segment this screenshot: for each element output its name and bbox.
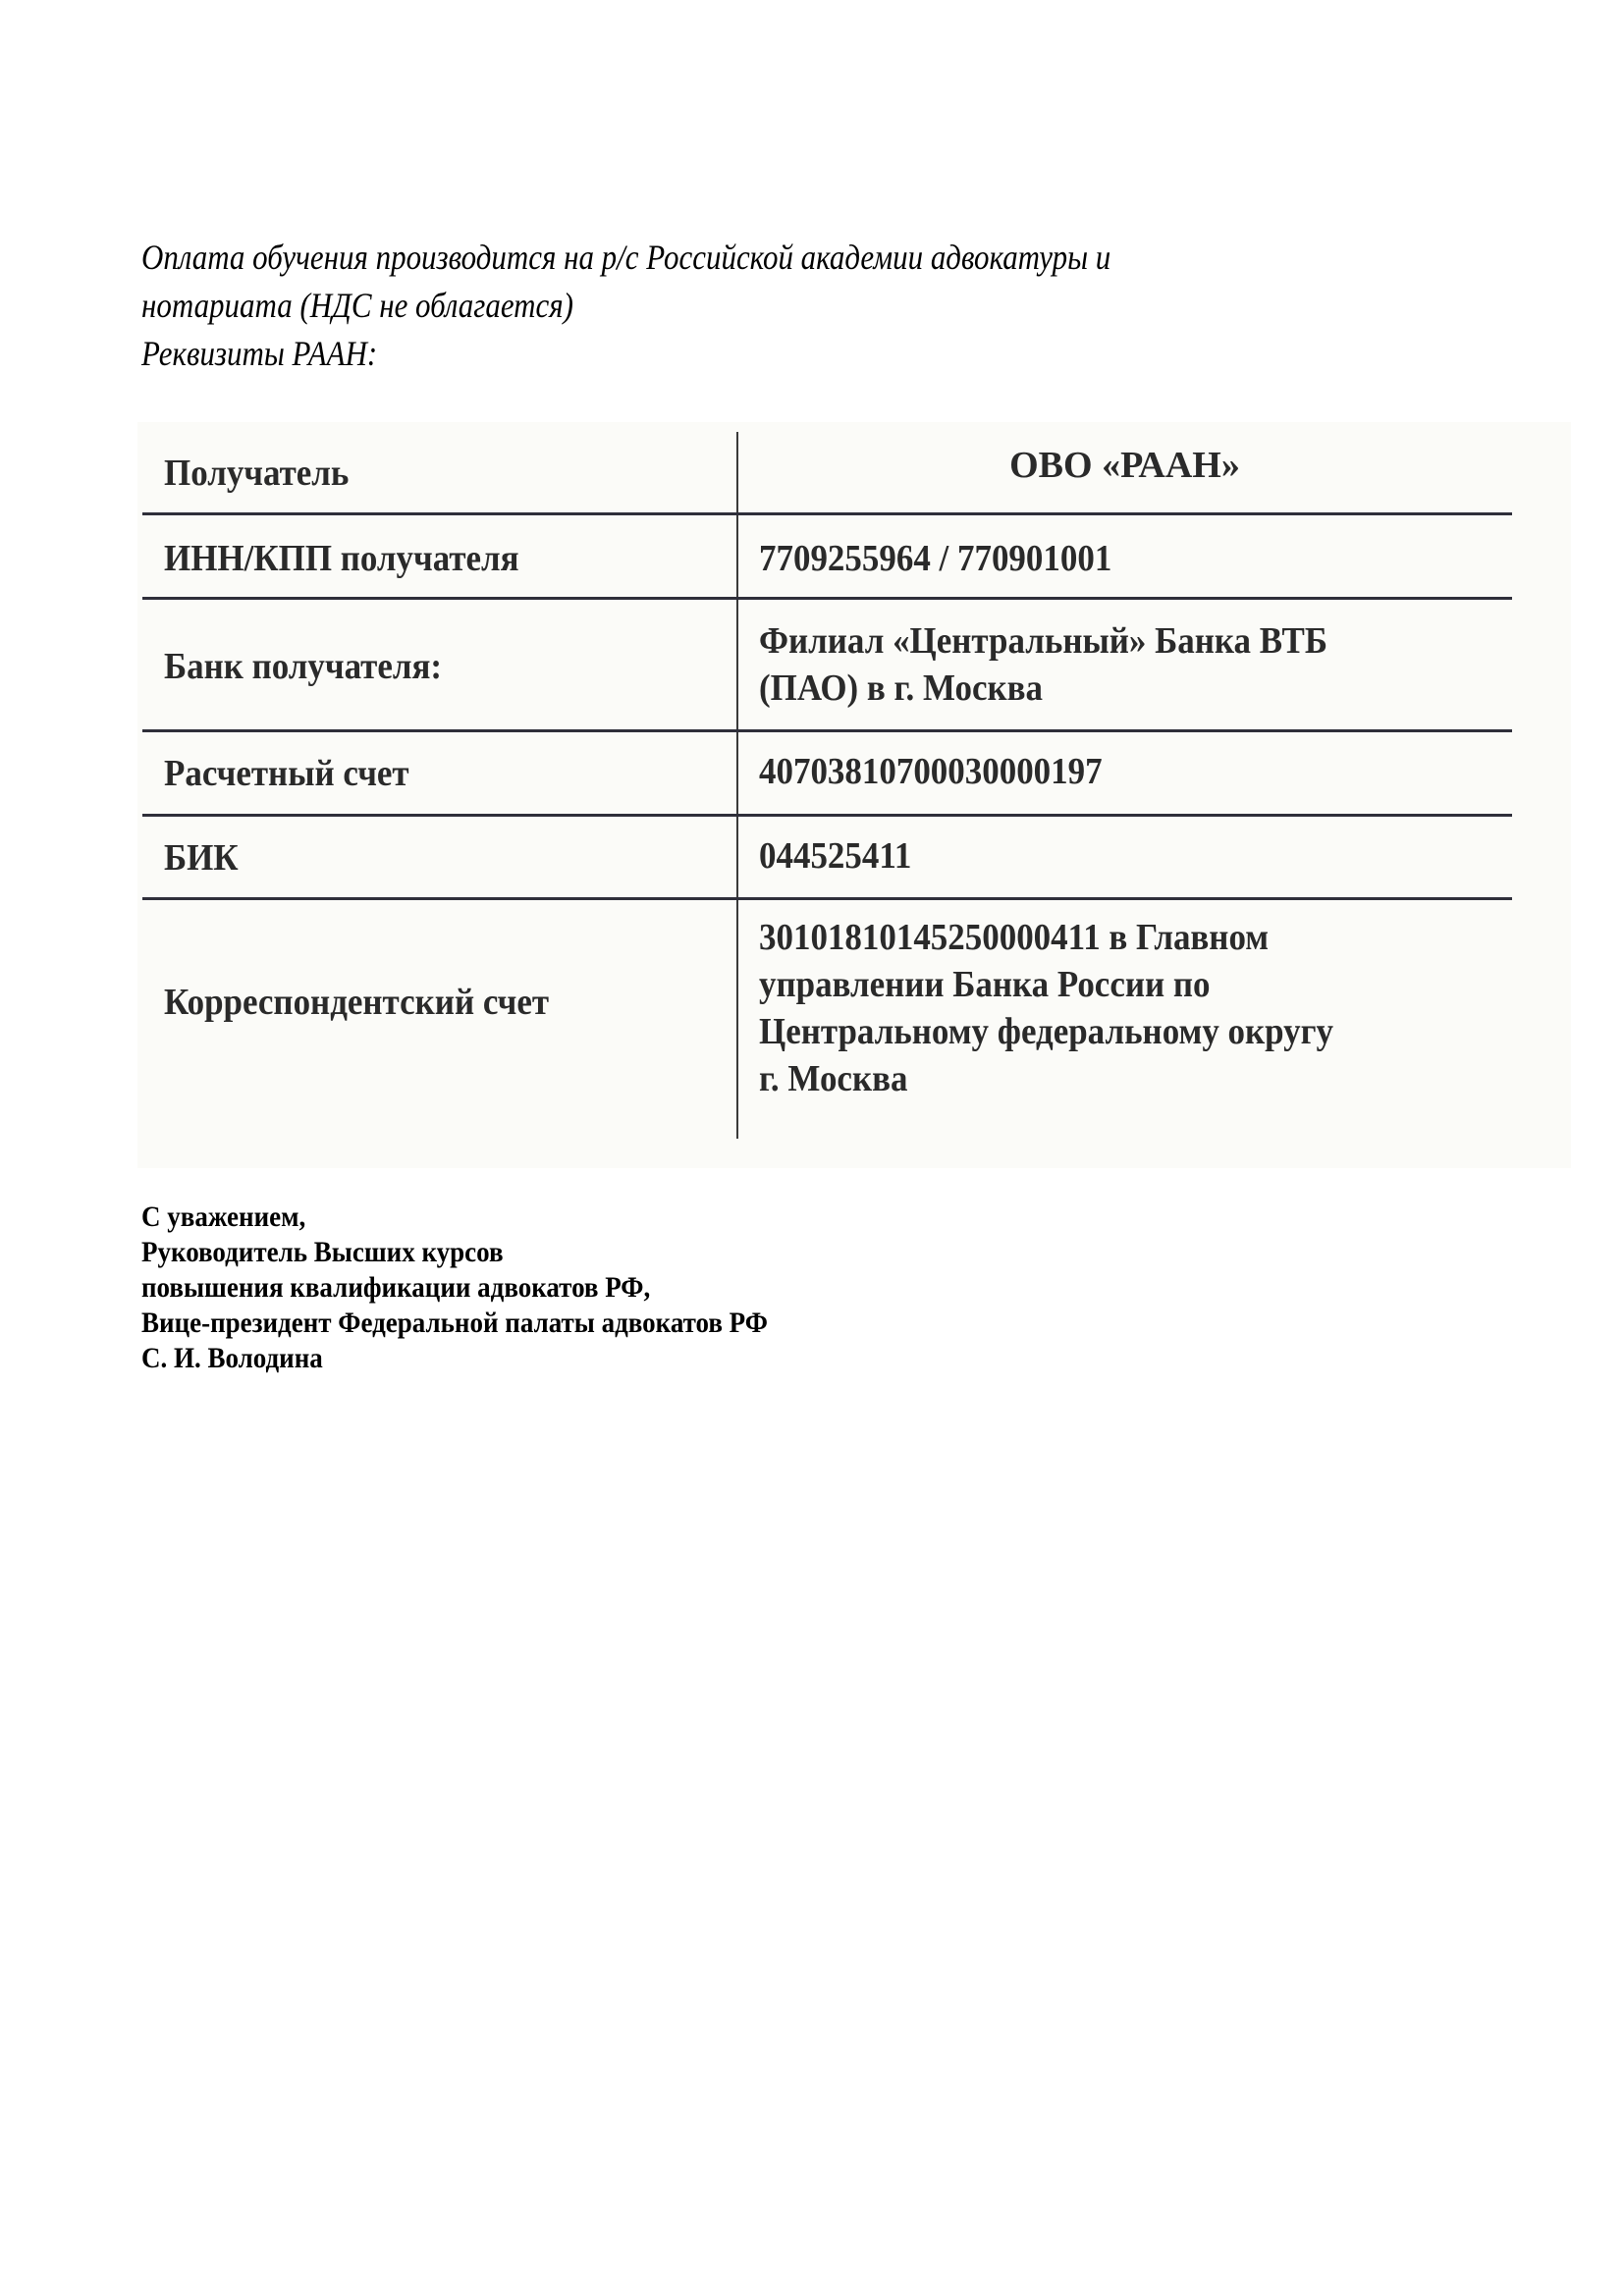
intro-line: нотариата (НДС не облагается) [141, 282, 1290, 330]
row-value: ОВО «РААН» [737, 442, 1512, 489]
signer-name: С. И. Володина [141, 1341, 768, 1376]
requisites-table-scan: Получатель ОВО «РААН» ИНН/КПП получателя… [137, 422, 1571, 1168]
value-line: ОВО «РААН» [737, 442, 1512, 489]
value-line: 40703810700030000197 [759, 748, 1428, 795]
value-line: 30101810145250000411 в Главном [759, 914, 1428, 961]
row-value: Филиал «Центральный» Банка ВТБ (ПАО) в г… [759, 617, 1428, 712]
row-label: Банк получателя: [164, 645, 442, 688]
row-label: Получатель [164, 452, 349, 495]
value-line: Центральному федеральному округу [759, 1008, 1428, 1055]
row-value: 044525411 [759, 832, 1428, 880]
signer-title-line: Вице-президент Федеральной палаты адвока… [141, 1306, 768, 1341]
table-row-settlement-account: Расчетный счет 40703810700030000197 [142, 732, 1512, 817]
closing-line: С уважением, [141, 1200, 768, 1235]
requisites-heading: Реквизиты РААН: [141, 330, 1290, 378]
value-line: 044525411 [759, 832, 1428, 880]
table-row-recipient: Получатель ОВО «РААН» [142, 432, 1512, 515]
signature-block: С уважением, Руководитель Высших курсов … [141, 1200, 768, 1376]
row-value: 40703810700030000197 [759, 748, 1428, 795]
row-value: 7709255964 / 770901001 [759, 535, 1428, 582]
row-label: Расчетный счет [164, 752, 409, 795]
row-label: БИК [164, 836, 239, 880]
row-value: 30101810145250000411 в Главном управлени… [759, 914, 1428, 1102]
table-row-correspondent-account: Корреспондентский счет 30101810145250000… [142, 900, 1512, 1139]
value-line: 7709255964 / 770901001 [759, 535, 1428, 582]
value-line: Филиал «Центральный» Банка ВТБ [759, 617, 1428, 665]
table-row-bik: БИК 044525411 [142, 817, 1512, 900]
value-line: управлении Банка России по [759, 961, 1428, 1008]
table-row-bank: Банк получателя: Филиал «Центральный» Ба… [142, 600, 1512, 732]
table-row-inn-kpp: ИНН/КПП получателя 7709255964 / 77090100… [142, 515, 1512, 600]
row-label: Корреспондентский счет [164, 981, 549, 1024]
value-line: г. Москва [759, 1055, 1428, 1102]
signer-title-line: повышения квалификации адвокатов РФ, [141, 1270, 768, 1306]
value-line: (ПАО) в г. Москва [759, 665, 1428, 712]
intro-line: Оплата обучения производится на р/с Росс… [141, 234, 1290, 282]
signer-title-line: Руководитель Высших курсов [141, 1235, 768, 1270]
row-label: ИНН/КПП получателя [164, 537, 519, 580]
intro-paragraph: Оплата обучения производится на р/с Росс… [141, 234, 1290, 378]
